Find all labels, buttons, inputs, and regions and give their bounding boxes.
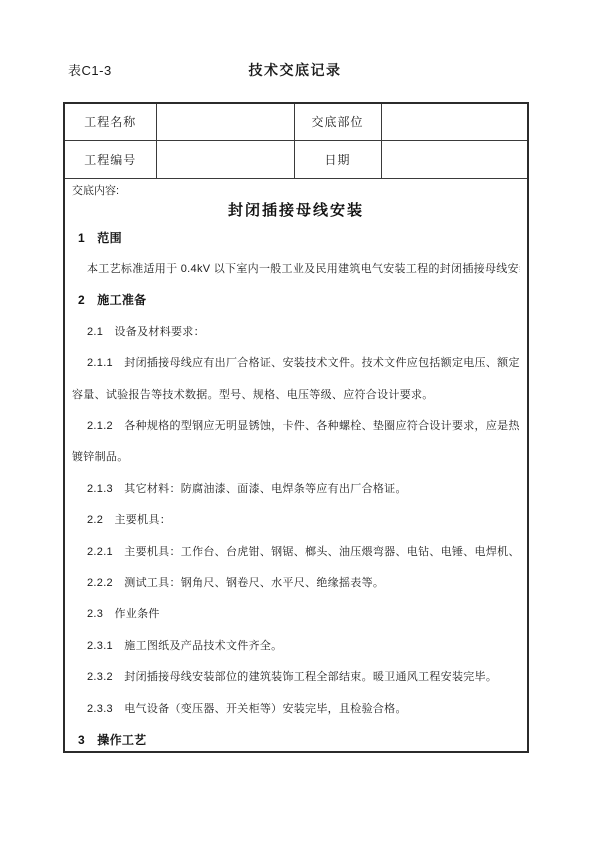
paragraph: 2.2 主要机具： [72, 505, 520, 536]
project-name-label: 工程名称 [64, 103, 156, 140]
content-label: 交底内容: [72, 184, 520, 199]
paragraph: 2 施工准备 [72, 285, 520, 316]
document-title: 封闭插接母线安装 [72, 200, 520, 222]
project-number-label: 工程编号 [64, 140, 156, 178]
date-label: 日期 [294, 140, 381, 178]
paragraph: 2.3.1 施工图纸及产品技术文件齐全。 [72, 631, 520, 662]
disclosure-location-label: 交底部位 [294, 103, 381, 140]
paragraph: 2.1 设备及材料要求： [72, 317, 520, 348]
paragraph: 1 范围 [72, 223, 520, 254]
date-value [381, 140, 528, 178]
document-page: { "header": { "form_code": "表C1-3", "for… [0, 0, 595, 842]
form-code: 表C1-3 [68, 60, 112, 79]
paragraph: 2.3 作业条件 [72, 599, 520, 630]
paragraph: 2.2.1 主要机具：工作台、台虎钳、钢锯、榔头、油压煨弯器、电钻、电锤、电焊机… [72, 537, 520, 568]
project-number-value [156, 140, 294, 178]
project-name-value [156, 103, 294, 140]
info-row-project-name: 工程名称 交底部位 [64, 103, 528, 140]
paragraph: 2.3.2 封闭插接母线安装部位的建筑装饰工程全部结束。暖卫通风工程安装完毕。 [72, 662, 520, 693]
paragraph: 3 操作工艺 [72, 725, 520, 751]
paragraph: 2.1.1 封闭插接母线应有出厂合格证、安装技术文件。技术文件应包括额定电压、额… [72, 348, 520, 411]
content-cell: 交底内容: 封闭插接母线安装 1 范围本工艺标准适用于 0.4kV 以下室内一般… [64, 178, 528, 752]
paragraph: 2.2.2 测试工具：钢角尺、钢卷尺、水平尺、绝缘摇表等。 [72, 568, 520, 599]
paragraph: 2.1.3 其它材料：防腐油漆、面漆、电焊条等应有出厂合格证。 [72, 474, 520, 505]
paragraph: 2.3.3 电气设备（变压器、开关柜等）安装完毕，且检验合格。 [72, 694, 520, 725]
content-paragraphs: 1 范围本工艺标准适用于 0.4kV 以下室内一般工业及民用建筑电气安装工程的封… [72, 223, 520, 751]
info-table: 工程名称 交底部位 工程编号 日期 交底内容: 封闭插接母线安装 1 范围本工艺… [63, 102, 529, 753]
disclosure-location-value [381, 103, 528, 140]
info-row-project-number: 工程编号 日期 [64, 140, 528, 178]
content-row: 交底内容: 封闭插接母线安装 1 范围本工艺标准适用于 0.4kV 以下室内一般… [64, 178, 528, 752]
form-title: 技术交底记录 [63, 60, 527, 80]
document-header: 技术交底记录 表C1-3 [63, 60, 527, 80]
paragraph: 2.1.2 各种规格的型钢应无明显锈蚀，卡件、各种螺栓、垫圈应符合设计要求，应是… [72, 411, 520, 474]
paragraph: 本工艺标准适用于 0.4kV 以下室内一般工业及民用建筑电气安装工程的封闭插接母… [72, 254, 520, 285]
content-area: 交底内容: 封闭插接母线安装 1 范围本工艺标准适用于 0.4kV 以下室内一般… [65, 179, 527, 751]
